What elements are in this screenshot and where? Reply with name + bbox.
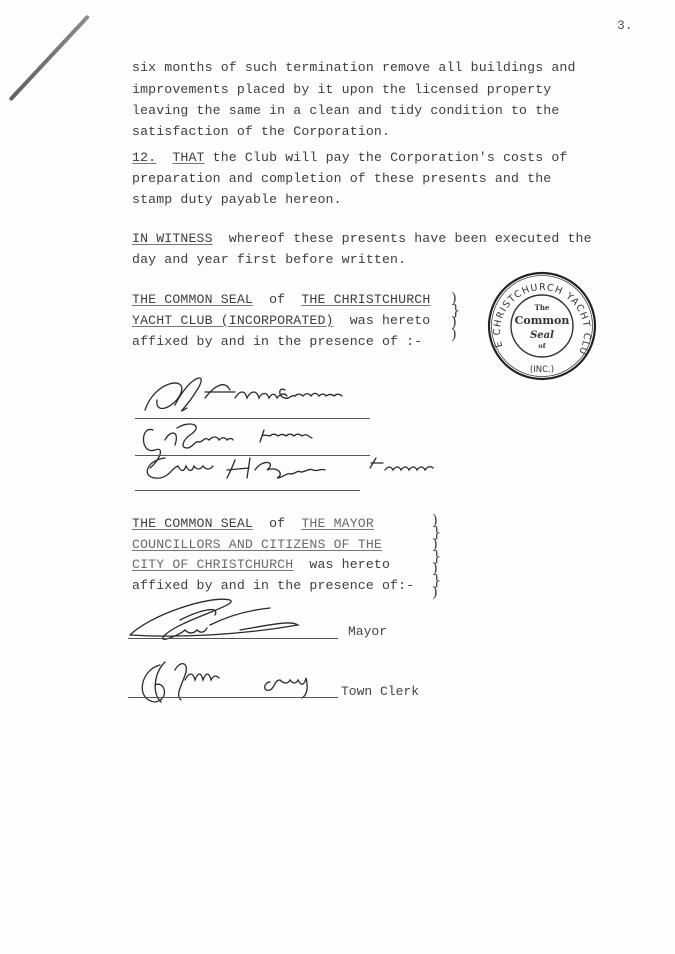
seal-text: was hereto xyxy=(293,557,390,572)
paragraph-line: satisfaction of the Corporation. xyxy=(132,124,390,139)
city-seal-line: CITY OF CHRISTCHURCH was hereto xyxy=(132,557,390,572)
city-seal-line: COUNCILLORS AND CITIZENS OF THE xyxy=(132,537,382,552)
council-name: COUNCILLORS AND CITIZENS OF THE xyxy=(132,537,382,552)
club-common-seal: THE CHRISTCHURCH YACHT CLUB (INC.) The C… xyxy=(486,270,598,382)
clause-line: stamp duty payable hereon. xyxy=(132,192,342,207)
signature-line xyxy=(135,455,370,456)
paragraph-line: leaving the same in a clean and tidy con… xyxy=(132,103,559,118)
witness-heading: IN WITNESS xyxy=(132,231,213,246)
svg-text:Seal: Seal xyxy=(530,330,554,341)
clause-line: preparation and completion of these pres… xyxy=(132,171,551,186)
club-name: YACHT CLUB (INCORPORATED) xyxy=(132,313,334,328)
signature-line xyxy=(135,490,360,491)
city-signatures xyxy=(120,590,360,725)
signature-line xyxy=(128,638,338,639)
svg-text:(INC.): (INC.) xyxy=(530,365,554,375)
club-seal-line: YACHT CLUB (INCORPORATED) was hereto xyxy=(132,313,430,328)
clause-12-line: 12. THAT the Club will pay the Corporati… xyxy=(132,150,567,165)
council-name: CITY OF CHRISTCHURCH xyxy=(132,557,293,572)
town-clerk-label: Town Clerk xyxy=(341,684,419,699)
witness-line: IN WITNESS whereof these presents have b… xyxy=(132,231,592,246)
seal-text: of xyxy=(253,516,301,531)
paragraph-line: improvements placed by it upon the licen… xyxy=(132,82,551,97)
city-seal-line: THE COMMON SEAL of THE MAYOR xyxy=(132,516,374,531)
paragraph-line: six months of such termination remove al… xyxy=(132,60,576,75)
club-seal-line: affixed by and in the presence of :- xyxy=(132,334,422,349)
clause-heading: THAT xyxy=(172,150,204,165)
signature-line xyxy=(128,697,338,698)
seal-text: was hereto xyxy=(334,313,431,328)
document-page: 3. six months of such termination remove… xyxy=(0,0,675,954)
seal-heading: THE COMMON SEAL xyxy=(132,292,253,307)
witness-line: day and year first before written. xyxy=(132,252,406,267)
page-number: 3. xyxy=(617,18,633,33)
club-seal-line: THE COMMON SEAL of THE CHRISTCHURCH xyxy=(132,292,430,307)
svg-text:Common: Common xyxy=(515,314,570,327)
clause-number: 12. xyxy=(132,150,156,165)
mayor-label: Mayor xyxy=(348,624,387,639)
witness-text: whereof these presents have been execute… xyxy=(213,231,592,246)
clause-text: the Club will pay the Corporation's cost… xyxy=(205,150,568,165)
signature-line xyxy=(135,418,370,419)
seal-heading: THE COMMON SEAL xyxy=(132,516,253,531)
council-name: THE MAYOR xyxy=(301,516,374,531)
svg-text:The: The xyxy=(535,303,550,312)
staple-mark xyxy=(9,15,90,102)
bracket: )})) xyxy=(451,292,461,340)
svg-text:of: of xyxy=(538,342,546,350)
seal-text: of xyxy=(253,292,301,307)
club-name: THE CHRISTCHURCH xyxy=(301,292,430,307)
club-signatures xyxy=(135,370,465,495)
bracket: )})})}) xyxy=(432,514,442,598)
